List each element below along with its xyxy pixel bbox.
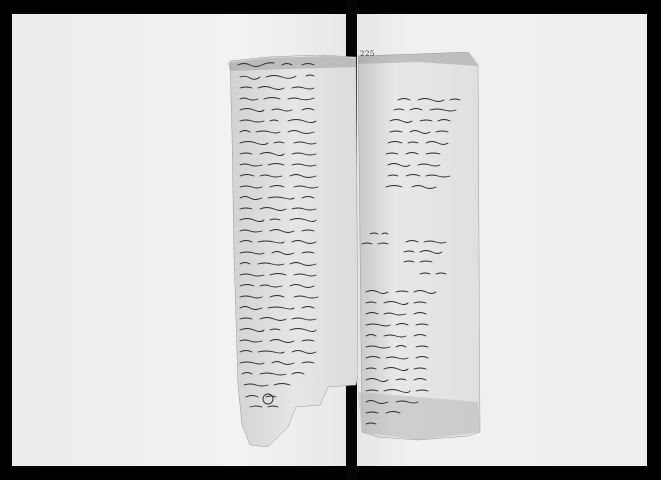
manuscript-right-image — [358, 52, 483, 444]
manuscript-left-image — [228, 55, 358, 447]
manuscript-leaf-left — [228, 55, 358, 447]
manuscript-leaf-right — [358, 52, 483, 444]
folio-number: 225 — [360, 50, 375, 58]
